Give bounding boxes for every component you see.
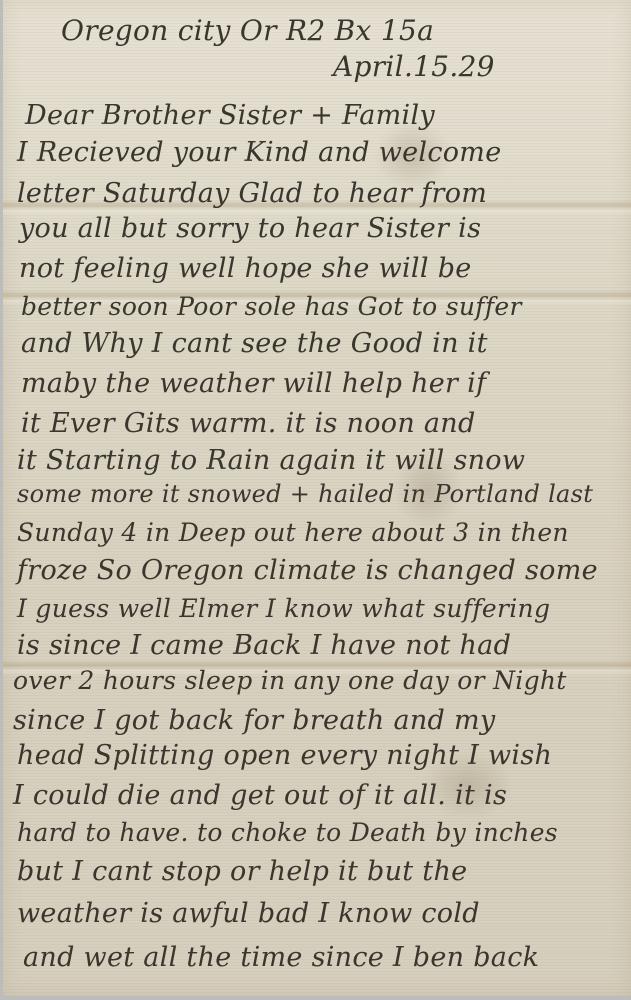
- letter-line: it Starting to Rain again it will snow: [17, 445, 525, 476]
- letter-date: April.15.29: [333, 50, 495, 83]
- letter-line: and Why I cant see the Good in it: [21, 328, 488, 359]
- letter-line: not feeling well hope she will be: [19, 253, 472, 284]
- letter-line: hard to have. to choke to Death by inche…: [17, 818, 558, 847]
- letter-line: I guess well Elmer I know what suffering: [17, 594, 550, 623]
- letter-line: since I got back for breath and my: [13, 705, 495, 736]
- letter-line: Sunday 4 in Deep out here about 3 in the…: [17, 518, 569, 547]
- letter-line: some more it snowed + hailed in Portland…: [17, 480, 593, 508]
- letter-line: head Splitting open every night I wish: [17, 740, 552, 771]
- letter-page: Oregon city Or R2 Bx 15a April.15.29 Dea…: [3, 0, 631, 996]
- letter-line: I could die and get out of it all. it is: [13, 780, 507, 811]
- letter-line: and wet all the time since I ben back: [23, 942, 539, 973]
- letter-line: weather is awful bad I know cold: [17, 898, 480, 929]
- salutation: Dear Brother Sister + Family: [25, 100, 435, 131]
- letter-line: I Recieved your Kind and welcome: [17, 137, 501, 168]
- letter-line: better soon Poor sole has Got to suffer: [21, 292, 522, 321]
- letter-place: Oregon city Or R2 Bx 15a: [61, 14, 434, 47]
- letter-line: over 2 hours sleep in any one day or Nig…: [13, 666, 567, 695]
- letter-line: maby the weather will help her if: [21, 368, 486, 399]
- letter-line: letter Saturday Glad to hear from: [17, 178, 487, 209]
- letter-line: is since I came Back I have not had: [17, 630, 511, 661]
- letter-line: but I cant stop or help it but the: [17, 856, 467, 887]
- letter-line: froze So Oregon climate is changed some: [17, 555, 598, 586]
- letter-line: you all but sorry to hear Sister is: [19, 213, 481, 244]
- letter-line: it Ever Gits warm. it is noon and: [21, 408, 476, 439]
